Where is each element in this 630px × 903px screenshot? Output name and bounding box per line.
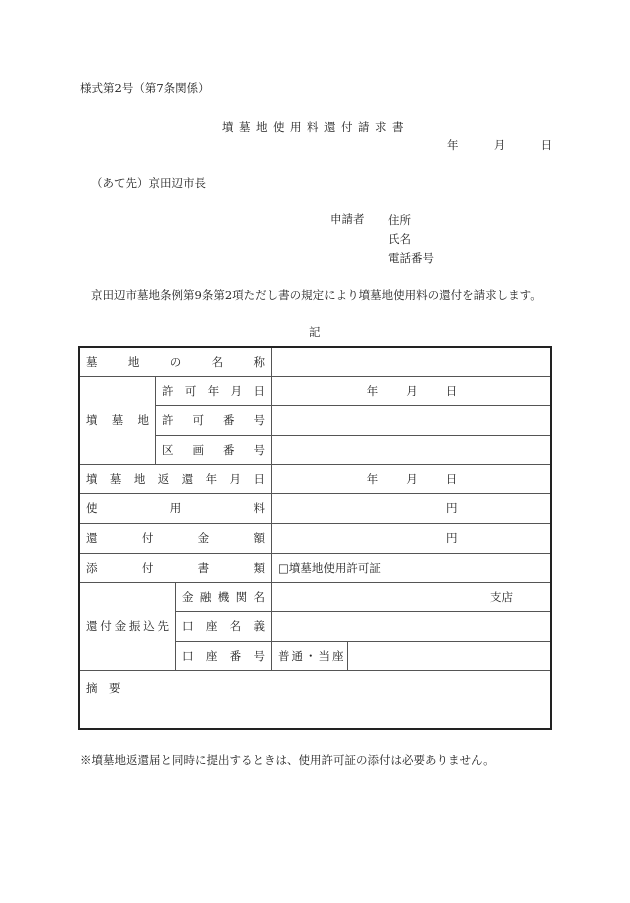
branch-suffix: 支店 [490, 589, 513, 605]
account-type-selector[interactable]: 普通・当座 [272, 641, 347, 670]
name-label: 氏名 [388, 230, 434, 249]
applicant-fields: 住所 氏名 電話番号 [388, 211, 434, 268]
kofunchi-group-label: 墳墓地 [80, 376, 155, 464]
permit-number-field[interactable] [272, 405, 552, 435]
permit-date-field[interactable]: 年月日 [272, 376, 552, 405]
month-label: 月 [494, 137, 506, 153]
bank-name-field[interactable]: 支店 [272, 582, 552, 611]
remarks-label: 摘 要 [86, 680, 121, 696]
year-label: 年 [447, 137, 459, 153]
usage-fee-label: 使用料 [80, 493, 271, 523]
return-date-field[interactable]: 年月日 [272, 464, 552, 493]
document-title: 墳墓地使用料還付請求書 [222, 119, 409, 135]
ki-heading: 記 [309, 324, 321, 340]
plot-number-label: 区画番号 [156, 435, 271, 464]
transfer-destination-label: 還付金振込先 [80, 582, 175, 670]
footnote: ※墳墓地返還届と同時に提出するときは、使用許可証の添付は必要ありません。 [80, 752, 495, 768]
account-holder-field[interactable] [272, 611, 552, 641]
usage-fee-field[interactable]: 円 [272, 493, 552, 523]
remarks-field[interactable]: 摘 要 [80, 670, 552, 728]
refund-amount-field[interactable]: 円 [272, 523, 552, 553]
yen-unit: 円 [446, 530, 458, 546]
submission-date: 年 月 日 [447, 137, 552, 153]
form-number: 様式第2号（第7条関係） [80, 80, 210, 96]
request-statement: 京田辺市墓地条例第9条第2項ただし書の規定により墳墓地使用料の還付を請求します。 [91, 287, 542, 303]
account-number-label: 口座番号 [176, 641, 271, 670]
attachment-permit-checkbox[interactable]: □墳墓地使用許可証 [272, 553, 552, 582]
cemetery-name-label: 墓地の名称 [80, 348, 271, 376]
refund-request-table: 墓地の名称 墳墓地 許可年月日 年月日 許可番号 区画番号 墳墓地返還年月日 年… [78, 346, 552, 730]
return-date-label: 墳墓地返還年月日 [80, 464, 271, 493]
permit-number-label: 許可番号 [156, 405, 271, 435]
addressee: （あて先）京田辺市長 [91, 175, 206, 191]
bank-name-label: 金融機関名 [176, 582, 271, 611]
address-label: 住所 [388, 211, 434, 230]
account-holder-label: 口座名義 [176, 611, 271, 641]
permit-date-label: 許可年月日 [156, 376, 271, 405]
phone-label: 電話番号 [388, 249, 434, 268]
plot-number-field[interactable] [272, 435, 552, 464]
account-number-field[interactable] [348, 641, 552, 670]
attachments-label: 添付書類 [80, 553, 271, 582]
applicant-label: 申請者 [330, 211, 365, 227]
cemetery-name-field[interactable] [272, 348, 552, 376]
refund-amount-label: 還付金額 [80, 523, 271, 553]
yen-unit: 円 [446, 500, 458, 516]
day-label: 日 [541, 137, 553, 153]
